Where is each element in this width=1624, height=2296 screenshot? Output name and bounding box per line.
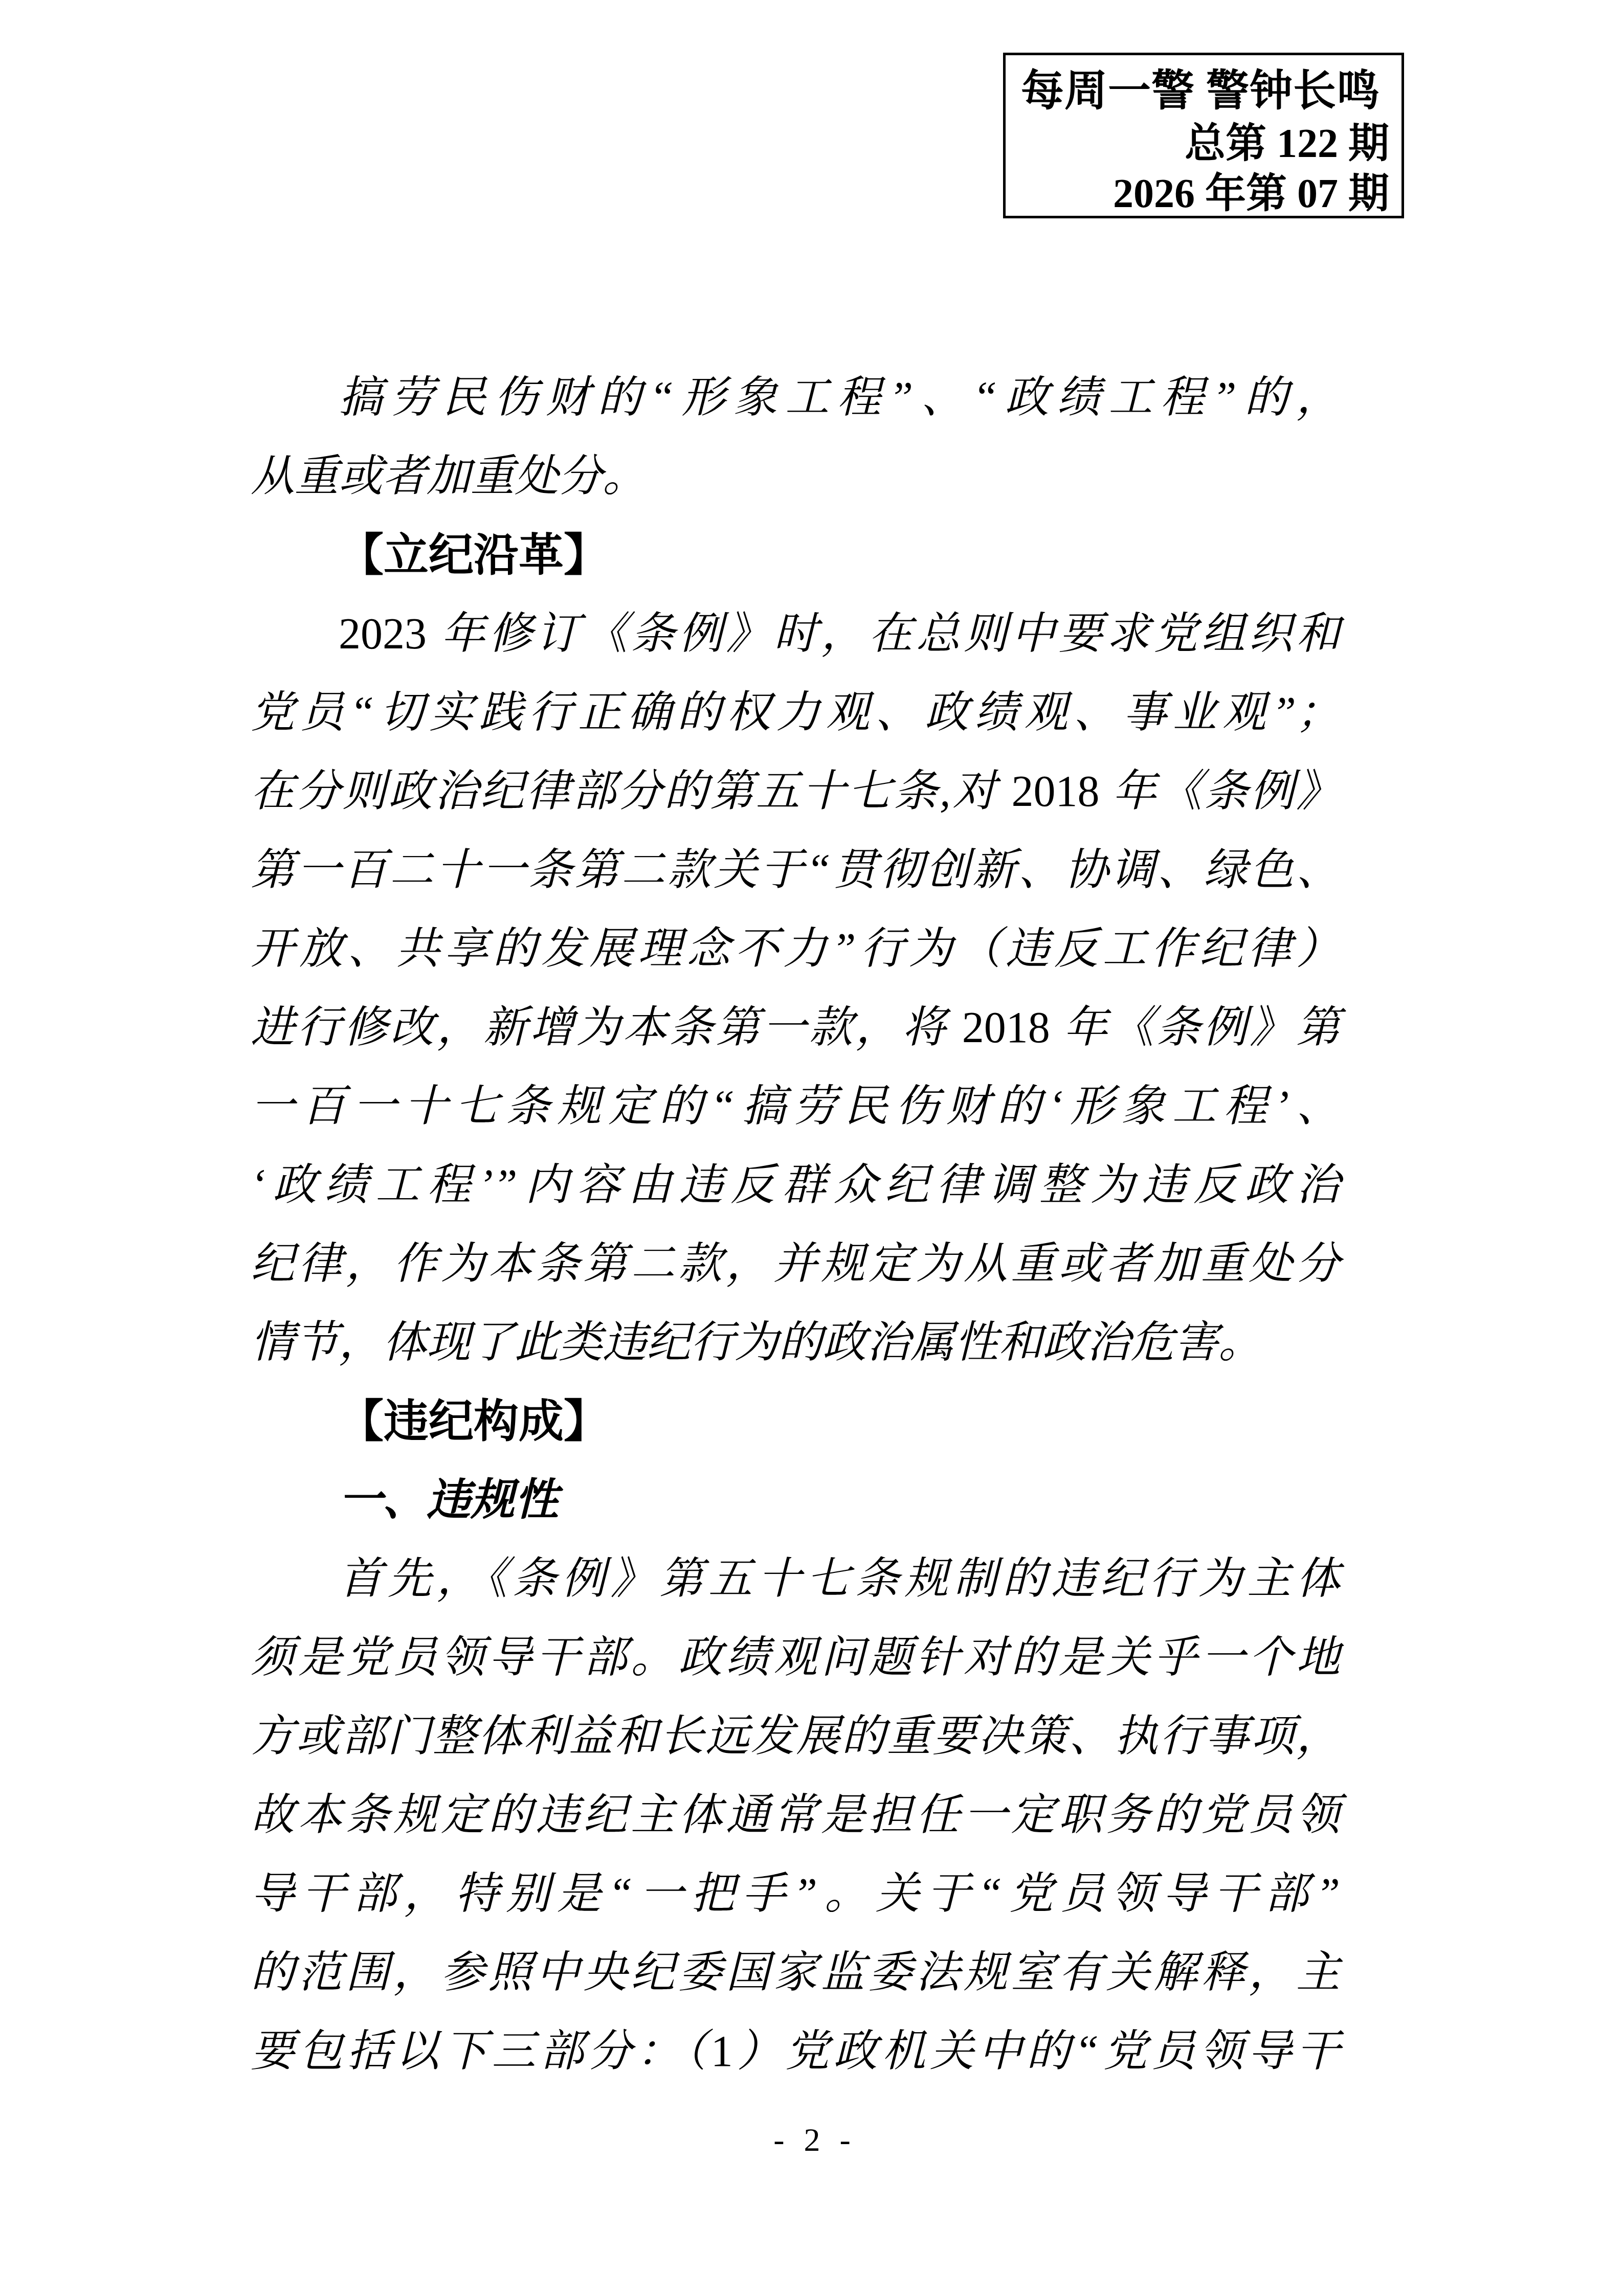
body-line: 须是党员领导干部。政绩观问题针对的是关乎一个地 [251,1618,1340,1697]
body-line: ‘政绩工程’”内容由违反群众纪律调整为违反政治 [251,1145,1340,1224]
body-line: 进行修改，新增为本条第一款，将 2018 年《条例》第 [251,988,1340,1067]
body-line: 纪律，作为本条第二款，并规定为从重或者加重处分 [251,1224,1340,1303]
body-line: 2023 年修订《条例》时，在总则中要求党组织和 [251,594,1340,673]
body-line: 从重或者加重处分。 [251,437,1340,515]
body-line: 方或部门整体利益和长远发展的重要决策、执行事项， [251,1697,1340,1775]
masthead-title: 每周一警 警钟长鸣 [1012,64,1389,119]
body-line: 开放、共享的发展理念不力”行为（违反工作纪律） [251,909,1340,988]
body-line: 首先，《条例》第五十七条规制的违纪行为主体 [251,1539,1340,1618]
body-line: 第一百二十一条第二款关于“贯彻创新、协调、绿色、 [251,830,1340,909]
subsection-heading-irregularity: 一、违规性 [251,1460,1340,1539]
body-line: 搞劳民伤财的“形象工程”、“政绩工程”的， [251,358,1340,437]
masthead-issue-year: 2026 年第 07 期 [1012,169,1389,219]
document-body: 搞劳民伤财的“形象工程”、“政绩工程”的，从重或者加重处分。【立纪沿革】2023… [251,358,1340,2090]
body-line: 故本条规定的违纪主体通常是担任一定职务的党员领 [251,1775,1340,1854]
body-line: 的范围，参照中央纪委国家监委法规室有关解释，主 [251,1933,1340,2012]
body-line: 党员“切实践行正确的权力观、政绩观、事业观”； [251,673,1340,752]
body-line: 在分则政治纪律部分的第五十七条,对 2018 年《条例》 [251,752,1340,830]
body-line: 一百一十七条规定的“搞劳民伤财的‘形象工程’、 [251,1067,1340,1145]
body-line: 情节，体现了此类违纪行为的政治属性和政治危害。 [251,1303,1340,1382]
page-number: - 2 - [0,2123,1624,2157]
masthead-issue-total: 总第 122 期 [1012,119,1389,169]
body-line: 导干部，特别是“一把手”。关于“党员领导干部” [251,1854,1340,1933]
section-heading-lawmaking-history: 【立纪沿革】 [251,515,1340,594]
section-heading-violation-elements: 【违纪构成】 [251,1382,1340,1460]
document-page: 每周一警 警钟长鸣 总第 122 期 2026 年第 07 期 搞劳民伤财的“形… [0,0,1624,2296]
body-line: 要包括以下三部分：（1）党政机关中的“党员领导干 [251,2012,1340,2090]
masthead-box: 每周一警 警钟长鸣 总第 122 期 2026 年第 07 期 [1003,53,1404,218]
